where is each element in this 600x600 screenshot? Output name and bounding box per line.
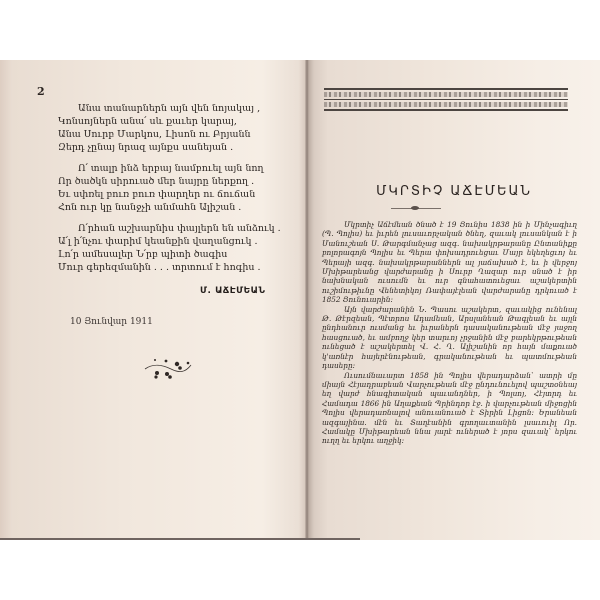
poem-line: Ո՛ տալր ինձ երբայ նամբուել այն նող (58, 162, 288, 175)
page-bottom-edge (0, 538, 360, 540)
poem-signature: Մ. ԱՃԷՄԵԱՆ (200, 286, 265, 296)
biography-text: Մկրտիչ Աճէմեան ծնած է 19 Յունիս 1838 ին … (322, 220, 577, 446)
poem-line: Եւ սփռել բուռ բուռ փարղեր ու ճուճան (58, 188, 288, 201)
chapter-title: ՄԿՐՏԻՉ ԱՃԷՄԵԱՆ (308, 184, 600, 199)
poem-stanza: Անա տանարներն այն վեն նոյակայ , Կոնսոյնե… (58, 102, 288, 154)
poem: Անա տանարներն այն վեն նոյակայ , Կոնսոյնե… (58, 102, 288, 282)
book-spread: 2 Անա տանարներն այն վեն նոյակայ , Կոնսոյ… (0, 60, 600, 540)
left-page: 2 Անա տանարներն այն վեն նոյակայ , Կոնսոյ… (0, 60, 308, 540)
poem-line: Հոն ուր կը նանջչի անմահն Ալիշան . (58, 201, 288, 214)
right-page: ՄԿՐՏԻՉ ԱՃԷՄԵԱՆ Մկրտիչ Աճէմեան ծնած է 19 … (308, 60, 600, 540)
paragraph: Այն վարժարանին Ն. Պասու աշակերտ, զաւակից… (322, 305, 577, 371)
poem-line: Անա Սուրբ Մարկոս, Լիսոն ու Բրյանն (58, 128, 288, 141)
band-rule (324, 88, 568, 90)
poem-line: Լո՛ր ամեսալեր Ն՛րբ պիտի ծագիս (58, 248, 288, 261)
band-rule (324, 99, 568, 100)
poem-stanza: Ո՛ տալր ինձ երբայ նամբուել այն նող Որ ծա… (58, 162, 288, 214)
book-gutter (305, 60, 309, 540)
header-ornament-band (324, 88, 568, 112)
poem-line: Մուր գերեզմանին . . . տրտում է հոգիս . (58, 261, 288, 274)
paragraph: Մկրտիչ Աճէմեան ծնած է 19 Յունիս 1838 ին … (322, 220, 577, 305)
page-number: 2 (37, 85, 45, 98)
poem-date: 10 Յունվար 1911 (70, 317, 153, 327)
band-pattern (324, 92, 568, 97)
band-pattern (324, 102, 568, 107)
floral-ornament-icon (143, 355, 193, 385)
title-divider-ornament (411, 206, 419, 210)
poem-line: Որ ծածկն սիրուած մեր նայրը ներքող . (58, 175, 288, 188)
poem-line: Ա՛լ ի՛նչու փարիմ կեանքին վաղանցուկ . (58, 235, 288, 248)
band-rule (324, 109, 568, 111)
paragraph: Ուսումնաւարտ 1858 ին Պոլիս վերադարձան՝ ա… (322, 371, 577, 446)
poem-line: Զերդ չընայ նրազ այնքս սանեյան . (58, 141, 288, 154)
poem-line: Անա տանարներն այն վեն նոյակայ , (58, 102, 288, 115)
poem-stanza: Ո՛րհան աշխարնիս փայլերն են անձուկ . Ա՛լ … (58, 222, 288, 274)
poem-line: Ո՛րհան աշխարնիս փայլերն են անձուկ . (58, 222, 288, 235)
poem-line: Կոնսոյներն անա՛ սև քաւեր կարայ, (58, 115, 288, 128)
